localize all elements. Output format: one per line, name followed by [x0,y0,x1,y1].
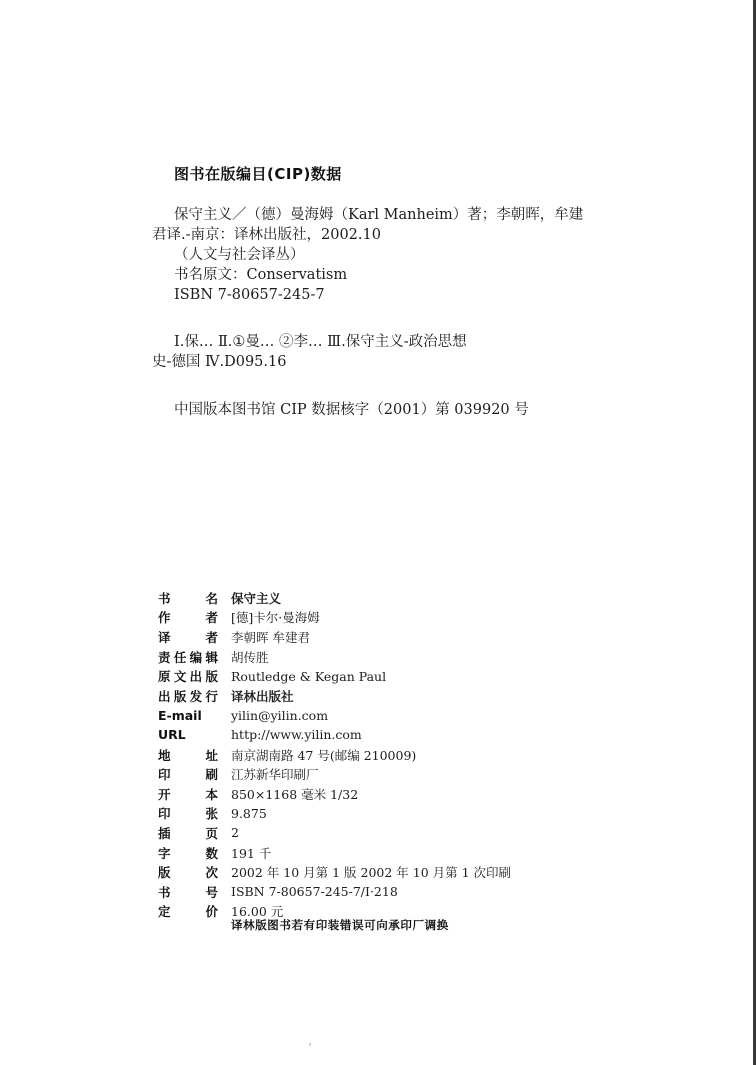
colophon-label: 地址 [158,746,218,764]
colophon-value: [德]卡尔·曼海姆 [231,608,320,626]
colophon-row-title: 书名 保守主义 [158,588,511,608]
colophon-label: 开本 [158,785,218,803]
colophon-row-format: 开本 850×1168 毫米 1/32 [158,784,511,804]
colophon-label: 字数 [158,844,218,862]
colophon-value: 江苏新华印刷厂 [231,765,319,783]
colophon-value: 译林出版社 [231,687,294,705]
cip-isbn-line: ISBN 7-80657-245-7 [152,285,612,305]
cip-original-title-line: 书名原文：Conservatism [152,265,612,285]
colophon-label: 译者 [158,628,218,646]
colophon-row-edition: 版次 2002 年 10 月第 1 版 2002 年 10 月第 1 次印刷 [158,862,511,882]
colophon-label: 版次 [158,863,218,881]
colophon-row-printer: 印刷 江苏新华印刷厂 [158,764,511,784]
colophon-value: 2 [231,825,239,840]
colophon-row-sheets: 印张 9.875 [158,804,511,824]
colophon-row-original-publisher: 原文出版 Routledge & Kegan Paul [158,666,511,686]
colophon-row-address: 地址 南京湖南路 47 号(邮编 210009) [158,745,511,765]
colophon-value: 9.875 [231,806,267,821]
colophon-value: 保守主义 [231,589,281,607]
colophon-label: 插页 [158,824,218,842]
colophon-value: 胡传胜 [231,648,269,666]
colophon-label: 原文出版 [158,667,218,685]
colophon-value: 南京湖南路 47 号(邮编 210009) [231,746,416,764]
cip-main-entry: 保守主义／（德）曼海姆（Karl Manheim）著；李朝晖，牟建 君译.-南京… [152,205,612,305]
colophon-row-publisher: 出版发行 译林出版社 [158,686,511,706]
colophon-value: 191 千 [231,844,271,862]
colophon-value: Routledge & Kegan Paul [231,669,386,684]
colophon-row-word-count: 字数 191 千 [158,843,511,863]
colophon-label: 印刷 [158,765,218,783]
cip-entry-line: 保守主义／（德）曼海姆（Karl Manheim）著；李朝晖，牟建 [152,205,612,225]
cip-approval-number: 中国版本图书馆 CIP 数据核字（2001）第 039920 号 [174,398,529,419]
cip-title: 图书在版编目(CIP)数据 [174,163,342,184]
colophon-row-translator: 译者 李朝晖 牟建君 [158,627,511,647]
colophon-label: E-mail [158,708,218,723]
cip-classification-line: Ⅰ.保… Ⅱ.①曼… ②李… Ⅲ.保守主义-政治思想 [152,332,612,352]
colophon-label: 出版发行 [158,687,218,705]
colophon-row-inserts: 插页 2 [158,823,511,843]
cip-classification-line: 史-德国 Ⅳ.D095.16 [152,352,612,372]
colophon-row-url: URL http://www.yilin.com [158,725,511,745]
colophon-label: 责任编辑 [158,648,218,666]
colophon-row-isbn: 书号 ISBN 7-80657-245-7/I·218 [158,882,511,902]
colophon-label: 书号 [158,883,218,901]
misprint-exchange-note: 译林版图书若有印装错误可向承印厂调换 [231,917,449,933]
cip-entry-line: 君译.-南京：译林出版社，2002.10 [152,225,612,245]
colophon-row-email: E-mail yilin@yilin.com [158,706,511,726]
scan-speck [309,1043,311,1046]
colophon-label: 印张 [158,804,218,822]
colophon-row-author: 作者 [德]卡尔·曼海姆 [158,608,511,628]
colophon-table: 书名 保守主义 作者 [德]卡尔·曼海姆 译者 李朝晖 牟建君 责任编辑 胡传胜… [158,588,511,921]
colophon-value: 2002 年 10 月第 1 版 2002 年 10 月第 1 次印刷 [231,863,511,881]
colophon-value: yilin@yilin.com [231,708,328,723]
colophon-value: 850×1168 毫米 1/32 [231,785,358,803]
colophon-label: 定价 [158,902,218,920]
cip-classification: Ⅰ.保… Ⅱ.①曼… ②李… Ⅲ.保守主义-政治思想 史-德国 Ⅳ.D095.1… [152,332,612,372]
colophon-value: http://www.yilin.com [231,727,362,742]
cip-series-line: （人文与社会译丛） [152,245,612,265]
colophon-row-editor: 责任编辑 胡传胜 [158,647,511,667]
colophon-label: 作者 [158,608,218,626]
colophon-label: 书名 [158,589,218,607]
colophon-value: 李朝晖 牟建君 [231,628,310,646]
colophon-value: ISBN 7-80657-245-7/I·218 [231,884,398,899]
colophon-label: URL [158,727,218,742]
